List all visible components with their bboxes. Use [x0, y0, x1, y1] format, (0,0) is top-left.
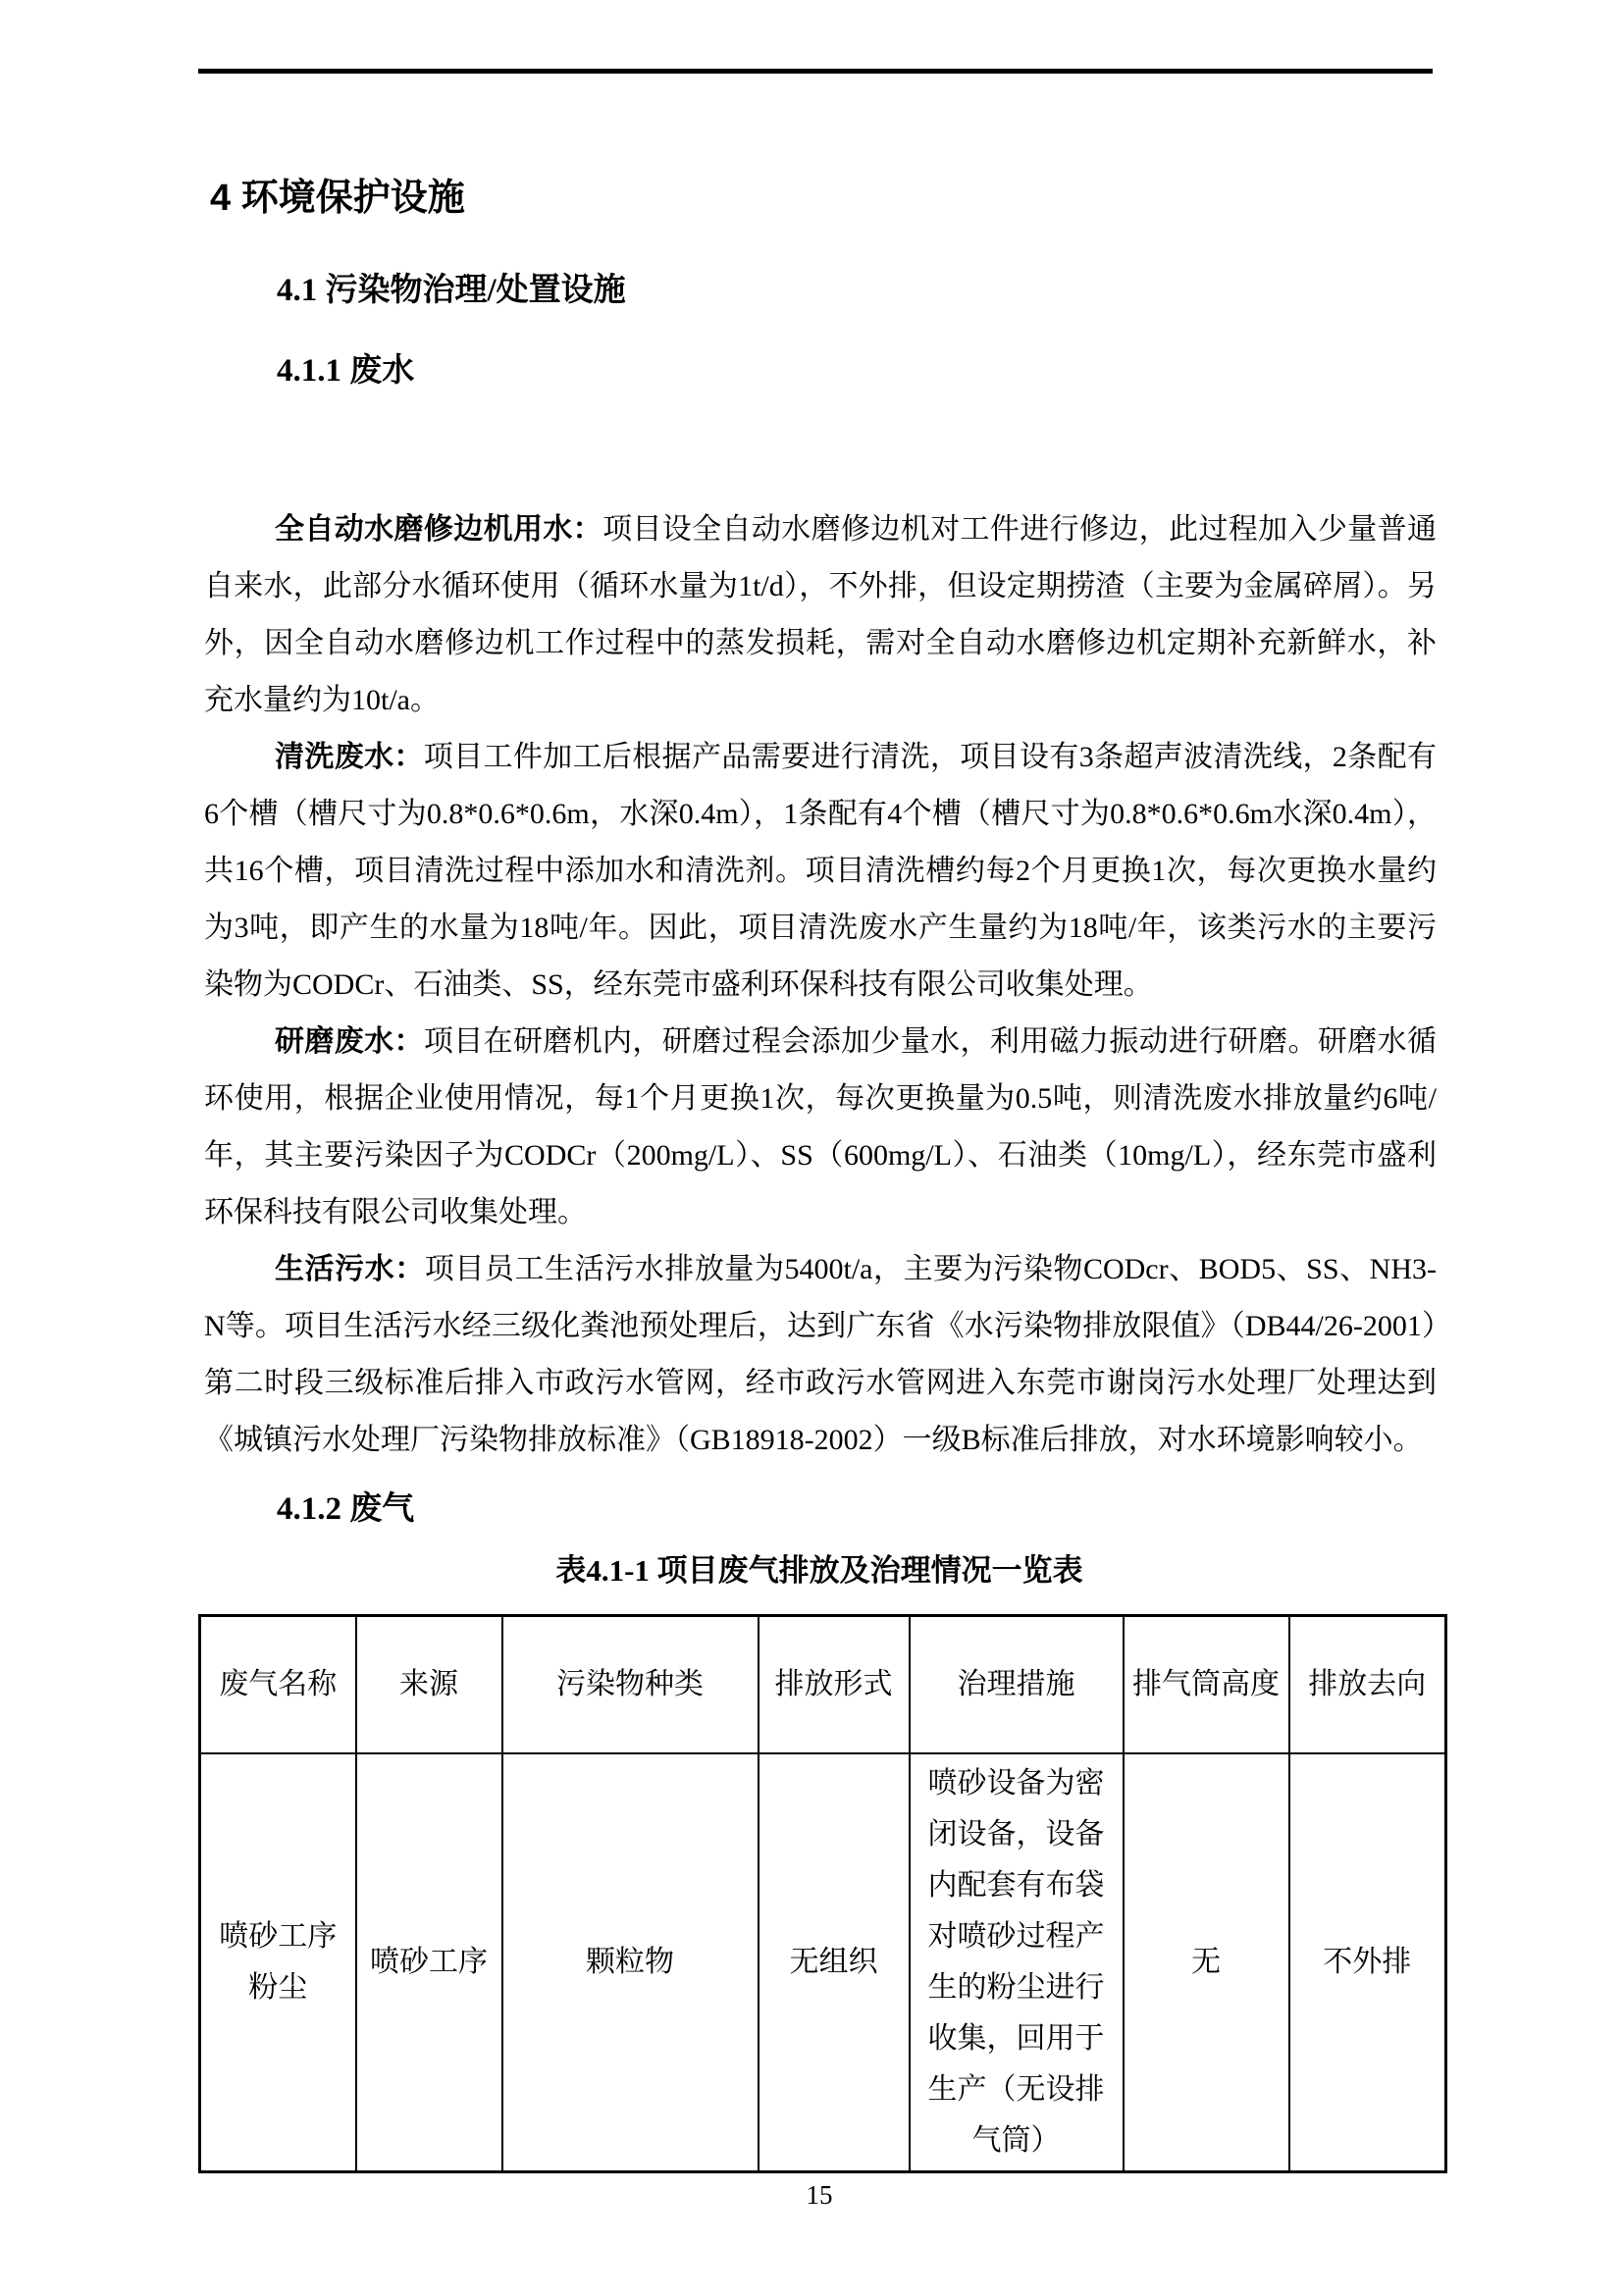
table-row: 喷砂工序粉尘 喷砂工序 颗粒物 无组织 喷砂设备为密闭设备，设备内配套有布袋对喷…: [200, 1753, 1446, 2172]
cell-treatment-measures: 喷砂设备为密闭设备，设备内配套有布袋对喷砂过程产生的粉尘进行收集，回用于生产（无…: [910, 1753, 1124, 2172]
paragraph-label: 研磨废水：: [275, 1025, 424, 1058]
col-header-source: 来源: [356, 1616, 502, 1754]
paragraph-text: 项目工件加工后根据产品需要进行清洗，项目设有3条超声波清洗线，2条配有6个槽（槽…: [204, 741, 1437, 1001]
heading-section: 4.1 污染物治理/处置设施: [277, 270, 1440, 311]
table-title: 表4.1-1 项目废气排放及治理情况一览表: [198, 1551, 1440, 1591]
page-content: 4 环境保护设施 4.1 污染物治理/处置设施 4.1.1 废水 全自动水磨修边…: [198, 0, 1440, 2213]
paragraph-label: 全自动水磨修边机用水：: [275, 513, 602, 546]
paragraph-label: 生活污水：: [275, 1253, 425, 1285]
paragraph-cleaning-wastewater: 清洗废水：项目工件加工后根据产品需要进行清洗，项目设有3条超声波清洗线，2条配有…: [204, 729, 1437, 1014]
cell-stack-height: 无: [1124, 1753, 1289, 2172]
table-header-row: 废气名称 来源 污染物种类 排放形式 治理措施 排气筒高度 排放去向: [200, 1616, 1446, 1754]
cell-pollutant-type: 颗粒物: [502, 1753, 759, 2172]
header-rule: [198, 69, 1433, 74]
cell-source: 喷砂工序: [356, 1753, 502, 2172]
paragraph-grinding-wastewater: 研磨废水：项目在研磨机内，研磨过程会添加少量水，利用磁力振动进行研磨。研磨水循环…: [204, 1014, 1437, 1241]
heading-chapter: 4 环境保护设施: [210, 176, 1440, 221]
col-header-emission-form: 排放形式: [759, 1616, 910, 1754]
heading-subsection-wastewater: 4.1.1 废水: [277, 350, 1440, 391]
col-header-emission-destination: 排放去向: [1289, 1616, 1446, 1754]
col-header-pollutant-type: 污染物种类: [502, 1616, 759, 1754]
page-number: 15: [198, 2177, 1440, 2213]
cell-waste-gas-name: 喷砂工序粉尘: [200, 1753, 356, 2172]
col-header-stack-height: 排气筒高度: [1124, 1616, 1289, 1754]
cell-emission-form: 无组织: [759, 1753, 910, 2172]
wastewater-paragraphs: 全自动水磨修边机用水：项目设全自动水磨修边机对工件进行修边，此过程加入少量普通自…: [204, 501, 1437, 1469]
waste-gas-emissions-table: 废气名称 来源 污染物种类 排放形式 治理措施 排气筒高度 排放去向 喷砂工序粉…: [198, 1614, 1447, 2173]
heading-subsection-wastegas: 4.1.2 废气: [277, 1488, 1440, 1530]
col-header-treatment-measures: 治理措施: [910, 1616, 1124, 1754]
document-page: 4 环境保护设施 4.1 污染物治理/处置设施 4.1.1 废水 全自动水磨修边…: [0, 0, 1623, 2296]
paragraph-label: 清洗废水：: [275, 741, 424, 773]
cell-emission-destination: 不外排: [1289, 1753, 1446, 2172]
col-header-waste-gas-name: 废气名称: [200, 1616, 356, 1754]
paragraph-auto-grinding-water: 全自动水磨修边机用水：项目设全自动水磨修边机对工件进行修边，此过程加入少量普通自…: [204, 501, 1437, 729]
paragraph-domestic-sewage: 生活污水：项目员工生活污水排放量为5400t/a，主要为污染物CODcr、BOD…: [204, 1241, 1437, 1469]
